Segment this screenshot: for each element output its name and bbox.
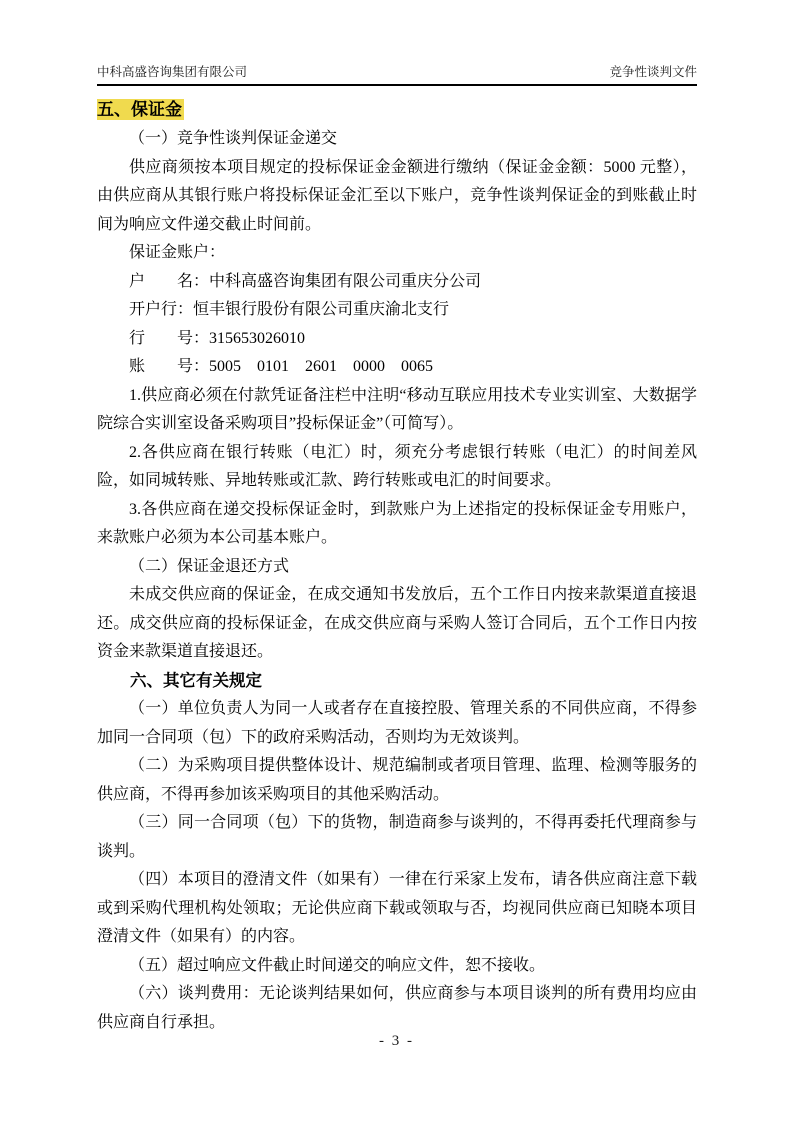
page-number: - 3 - — [0, 1033, 793, 1050]
subsection-heading-2: （二）保证金退还方式 — [97, 553, 697, 582]
section-heading-5: 五、保证金 — [97, 95, 697, 125]
paragraph-rule-1: （一）单位负责人为同一人或者存在直接控股、管理关系的不同供应商，不得参加同一合同… — [97, 695, 697, 752]
paragraph-rule-4: （四）本项目的澄清文件（如果有）一律在行采家上发布，请各供应商注意下载或到采购代… — [97, 866, 697, 952]
header-document-type: 竞争性谈判文件 — [609, 65, 697, 79]
line-account-label: 保证金账户： — [97, 239, 697, 268]
paragraph-item-1: 1.供应商必须在付款凭证备注栏中注明“移动互联应用技术专业实训室、大数据学院综合… — [97, 382, 697, 439]
paragraph-item-3: 3.各供应商在递交投标保证金时，到款账户为上述指定的投标保证金专用账户，来款账户… — [97, 496, 697, 553]
paragraph-rule-2: （二）为采购项目提供整体设计、规范编制或者项目管理、监理、检测等服务的供应商，不… — [97, 752, 697, 809]
paragraph-rule-3: （三）同一合同项（包）下的货物，制造商参与谈判的，不得再委托代理商参与谈判。 — [97, 809, 697, 866]
subsection-heading-1: （一）竞争性谈判保证金递交 — [97, 125, 697, 154]
document-page: 中科高盛咨询集团有限公司 竞争性谈判文件 五、保证金 （一）竞争性谈判保证金递交… — [0, 0, 793, 1122]
line-bank-name: 开户行：恒丰银行股份有限公司重庆渝北支行 — [97, 296, 697, 325]
section-heading-5-text: 五、保证金 — [97, 99, 184, 120]
page-header: 中科高盛咨询集团有限公司 竞争性谈判文件 — [97, 65, 697, 86]
section-heading-6: 六、其它有关规定 — [97, 667, 697, 696]
line-account-name: 户 名：中科高盛咨询集团有限公司重庆分公司 — [97, 268, 697, 297]
paragraph-deposit-payment: 供应商须按本项目规定的投标保证金金额进行缴纳（保证金金额：5000 元整），由供… — [97, 154, 697, 240]
paragraph-rule-6: （六）谈判费用：无论谈判结果如何，供应商参与本项目谈判的所有费用均应由供应商自行… — [97, 980, 697, 1037]
document-body: 五、保证金 （一）竞争性谈判保证金递交 供应商须按本项目规定的投标保证金金额进行… — [97, 95, 697, 1037]
paragraph-rule-5: （五）超过响应文件截止时间递交的响应文件，恕不接收。 — [97, 952, 697, 981]
line-bank-number: 行 号：315653026010 — [97, 325, 697, 354]
header-company-name: 中科高盛咨询集团有限公司 — [97, 65, 247, 79]
line-account-number: 账 号：5005 0101 2601 0000 0065 — [97, 353, 697, 382]
paragraph-item-2: 2.各供应商在银行转账（电汇）时，须充分考虑银行转账（电汇）的时间差风险，如同城… — [97, 439, 697, 496]
paragraph-deposit-refund: 未成交供应商的保证金，在成交通知书发放后，五个工作日内按来款渠道直接退还。成交供… — [97, 581, 697, 667]
